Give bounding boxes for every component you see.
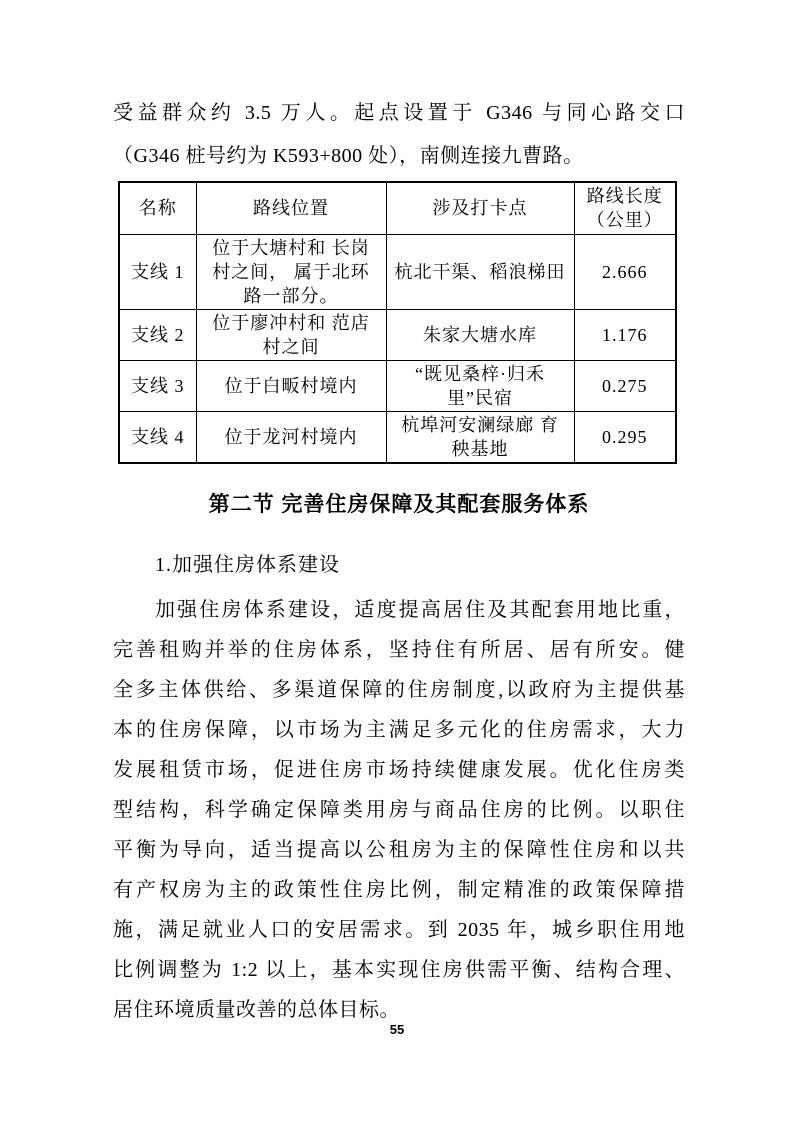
paragraph-line: 全多主体供给、多渠道保障的住房制度,以政府为主提供基 <box>113 670 685 710</box>
cell-name: 支线 1 <box>119 234 196 309</box>
intro-line: 受益群众约 3.5 万人。起点设置于 G346 与同心路交口 <box>113 92 685 135</box>
paragraph-line: 有产权房为主的政策性住房比例，制定精准的政策保障措 <box>113 870 685 910</box>
table-row: 支线 1 位于大塘村和 长岗 村之间， 属于北环 路一部分。 杭北干渠、稻浪梯田… <box>119 234 676 309</box>
cell-length: 2.666 <box>574 234 676 309</box>
page-content: 受益群众约 3.5 万人。起点设置于 G346 与同心路交口 （G346 桩号约… <box>0 0 794 1030</box>
paragraph-line: 比例调整为 1:2 以上，基本实现住房供需平衡、结构合理、 <box>113 950 685 990</box>
column-header-name: 名称 <box>119 182 196 234</box>
table-row: 支线 3 位于白畈村境内 “既见桑梓·归禾 里”民宿 0.275 <box>119 360 676 411</box>
cell-spots: “既见桑梓·归禾 里”民宿 <box>386 360 574 411</box>
column-header-length: 路线长度 （公里） <box>574 182 676 234</box>
paragraph-line: 平衡为导向，适当提高以公租房为主的保障性住房和以共 <box>113 830 685 870</box>
cell-name: 支线 3 <box>119 360 196 411</box>
table-header-row: 名称 路线位置 涉及打卡点 路线长度 （公里） <box>119 182 676 234</box>
table-row: 支线 2 位于廖冲村和 范店 村之间 朱家大塘水库 1.176 <box>119 309 676 360</box>
cell-name: 支线 2 <box>119 309 196 360</box>
column-header-spots: 涉及打卡点 <box>386 182 574 234</box>
paragraph-line: 本的住房保障，以市场为主满足多元化的住房需求，大力 <box>113 710 685 750</box>
document-page: 受益群众约 3.5 万人。起点设置于 G346 与同心路交口 （G346 桩号约… <box>0 0 794 1122</box>
table-row: 支线 4 位于龙河村境内 杭埠河安澜绿廊 育 秧基地 0.295 <box>119 411 676 463</box>
cell-length: 0.295 <box>574 411 676 463</box>
cell-location: 位于龙河村境内 <box>196 411 386 463</box>
body-paragraph: 加强住房体系建设，适度提高居住及其配套用地比重， 完善租购并举的住房体系，坚持住… <box>113 590 685 1030</box>
paragraph-line: 型结构，科学确定保障类用房与商品住房的比例。以职住 <box>113 790 685 830</box>
cell-length: 1.176 <box>574 309 676 360</box>
paragraph-line: 施，满足就业人口的安居需求。到 2035 年，城乡职住用地 <box>113 910 685 950</box>
cell-location: 位于白畈村境内 <box>196 360 386 411</box>
subsection-title: 1.加强住房体系建设 <box>113 550 685 580</box>
cell-spots: 杭北干渠、稻浪梯田 <box>386 234 574 309</box>
cell-location: 位于大塘村和 长岗 村之间， 属于北环 路一部分。 <box>196 234 386 309</box>
page-number: 55 <box>0 1022 794 1037</box>
section-title: 第二节 完善住房保障及其配套服务体系 <box>113 490 685 520</box>
intro-paragraph: 受益群众约 3.5 万人。起点设置于 G346 与同心路交口 （G346 桩号约… <box>113 92 685 178</box>
intro-line: （G346 桩号约为 K593+800 处），南侧连接九曹路。 <box>113 135 685 178</box>
cell-name: 支线 4 <box>119 411 196 463</box>
column-header-location: 路线位置 <box>196 182 386 234</box>
cell-spots: 朱家大塘水库 <box>386 309 574 360</box>
route-table: 名称 路线位置 涉及打卡点 路线长度 （公里） 支线 1 位于大塘村和 长岗 村… <box>118 181 677 464</box>
paragraph-line: 加强住房体系建设，适度提高居住及其配套用地比重， <box>113 590 685 630</box>
cell-location: 位于廖冲村和 范店 村之间 <box>196 309 386 360</box>
cell-spots: 杭埠河安澜绿廊 育 秧基地 <box>386 411 574 463</box>
paragraph-line: 发展租赁市场，促进住房市场持续健康发展。优化住房类 <box>113 750 685 790</box>
paragraph-line: 完善租购并举的住房体系，坚持住有所居、居有所安。健 <box>113 630 685 670</box>
cell-length: 0.275 <box>574 360 676 411</box>
